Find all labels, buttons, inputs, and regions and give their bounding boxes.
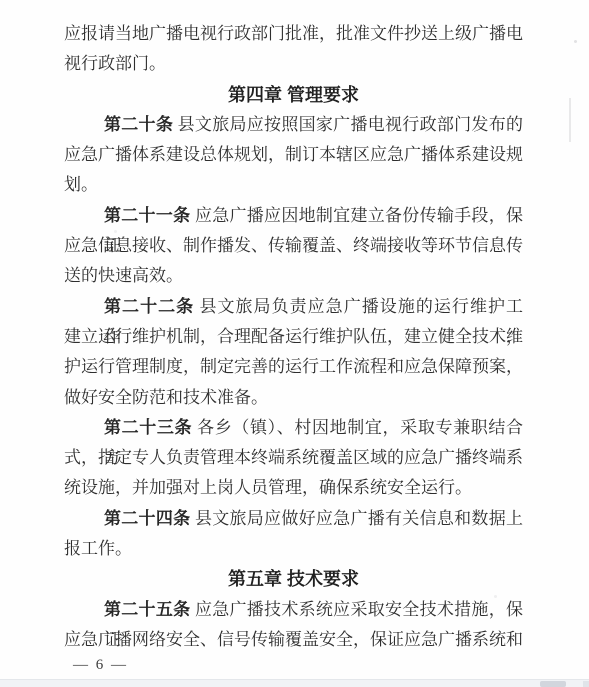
page-number: — 6 —: [73, 652, 128, 678]
text-line: 划。: [64, 170, 523, 200]
scan-noise: [574, 40, 577, 43]
article-number: 第二十条: [104, 115, 173, 134]
horizontal-scrollbar[interactable]: [0, 679, 589, 687]
text-line: 护运行管理制度，制定完善的运行工作流程和应急保障预案，: [64, 352, 523, 382]
text-line: 报工作。: [64, 534, 523, 564]
text-line: 式，指定专人负责管理本终端系统覆盖区域的应急广播终端系: [64, 443, 523, 473]
text-line: 建立运行维护机制，合理配备运行维护队伍，建立健全技术维: [64, 322, 523, 352]
document-lines: 应报请当地广播电视行政部门批准，批准文件抄送上级广播电视行政部门。第四章 管理要…: [64, 19, 523, 655]
text-line: 应急广播网络安全、信号传输覆盖安全，保证应急广播系统和: [64, 625, 523, 655]
text-line: 视行政部门。: [64, 49, 523, 79]
text-line: 第二十条 县文旅局应按照国家广播电视行政部门发布的: [64, 110, 523, 140]
scrollbar-thumb[interactable]: [540, 681, 566, 687]
text-line: 应急信息接收、制作播发、传输覆盖、终端接收等环节信息传: [64, 231, 523, 261]
article-number: 第二十一条: [104, 206, 190, 225]
text-line: 送的快速高效。: [64, 261, 523, 291]
chapter-heading: 第五章 技术要求: [64, 564, 523, 594]
text-line: 应急广播体系建设总体规划，制订本辖区应急广播体系建设规: [64, 140, 523, 170]
chapter-heading: 第四章 管理要求: [64, 80, 523, 110]
text-line: 应报请当地广播电视行政部门批准，批准文件抄送上级广播电: [64, 19, 523, 49]
text-line: 第二十五条 应急广播技术系统应采取安全技术措施，保证: [64, 595, 523, 625]
text-line: 第二十四条 县文旅局应做好应急广播有关信息和数据上: [64, 504, 523, 534]
article-number: 第二十三条: [104, 418, 192, 437]
article-number: 第二十五条: [104, 600, 190, 619]
text-line: 第二十三条 各乡（镇）、村因地制宜，采取专兼职结合方: [64, 413, 523, 443]
text-line: 做好安全防范和技术准备。: [64, 383, 523, 413]
scrollbar-corner: [583, 681, 589, 687]
text-line: 第二十一条 应急广播应因地制宜建立备份传输手段，保证: [64, 201, 523, 231]
scanned-document-page: 应报请当地广播电视行政部门批准，批准文件抄送上级广播电视行政部门。第四章 管理要…: [0, 0, 589, 687]
text-line: 统设施，并加强对上岗人员管理，确保系统安全运行。: [64, 473, 523, 503]
scan-artifact: [569, 98, 571, 142]
article-number: 第二十四条: [104, 509, 190, 528]
article-number: 第二十二条: [104, 297, 194, 316]
text-line: 第二十二条 县文旅局负责应急广播设施的运行维护工作，: [64, 292, 523, 322]
